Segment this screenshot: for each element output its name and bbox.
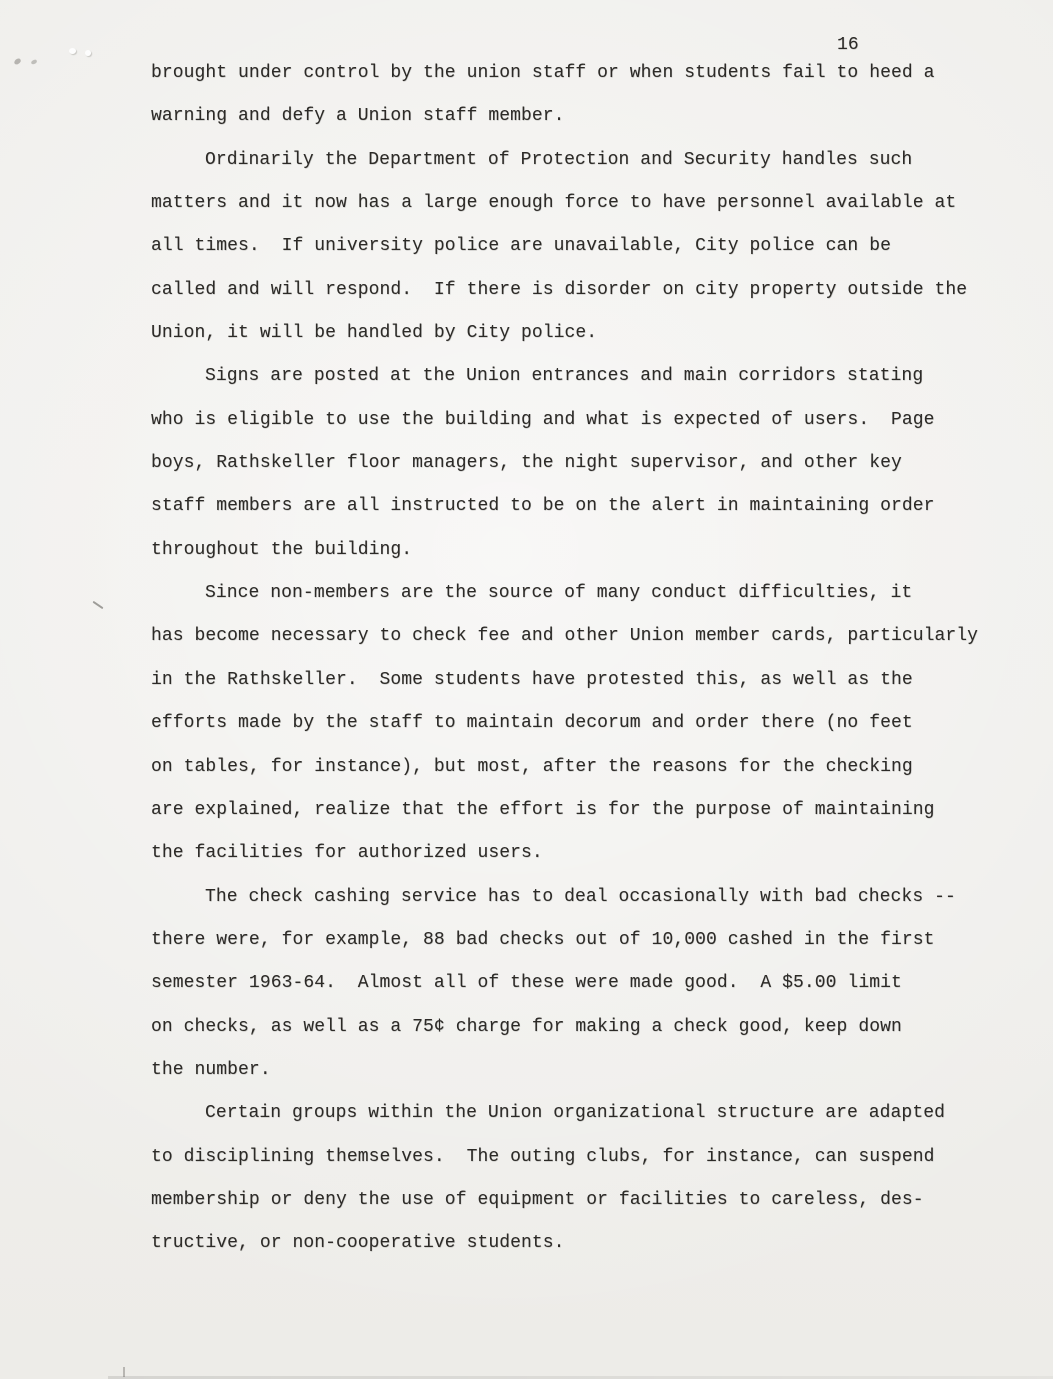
pencil-tick-mark <box>92 601 103 609</box>
text-line: The check cashing service has to deal oc… <box>151 876 1011 919</box>
text-line: Signs are posted at the Union entrances … <box>151 355 1011 398</box>
text-line: boys, Rathskeller floor managers, the ni… <box>151 442 1011 485</box>
text-line: warning and defy a Union staff member. <box>151 95 1011 138</box>
text-line: has become necessary to check fee and ot… <box>151 615 1011 658</box>
scanned-page: 16 brought under control by the union st… <box>0 0 1053 1379</box>
text-line: on checks, as well as a 75¢ charge for m… <box>151 1006 1011 1049</box>
text-line: tructive, or non-cooperative students. <box>151 1222 1011 1265</box>
text-line: to disciplining themselves. The outing c… <box>151 1136 1011 1179</box>
text-line: are explained, realize that the effort i… <box>151 789 1011 832</box>
text-line: membership or deny the use of equipment … <box>151 1179 1011 1222</box>
stray-ink-mark <box>13 58 22 66</box>
text-line: in the Rathskeller. Some students have p… <box>151 659 1011 702</box>
stray-ink-mark <box>30 59 37 65</box>
text-line: Union, it will be handled by City police… <box>151 312 1011 355</box>
text-line: throughout the building. <box>151 529 1011 572</box>
text-line: staff members are all instructed to be o… <box>151 485 1011 528</box>
text-line: semester 1963-64. Almost all of these we… <box>151 962 1011 1005</box>
text-line: matters and it now has a large enough fo… <box>151 182 1011 225</box>
text-line: the facilities for authorized users. <box>151 832 1011 875</box>
text-line: the number. <box>151 1049 1011 1092</box>
text-line: all times. If university police are unav… <box>151 225 1011 268</box>
text-line: called and will respond. If there is dis… <box>151 269 1011 312</box>
text-line: brought under control by the union staff… <box>151 52 1011 95</box>
emboss-speck <box>85 50 91 56</box>
document-body: brought under control by the union staff… <box>151 52 1011 1266</box>
text-line: on tables, for instance), but most, afte… <box>151 746 1011 789</box>
text-line: efforts made by the staff to maintain de… <box>151 702 1011 745</box>
text-line: who is eligible to use the building and … <box>151 399 1011 442</box>
emboss-speck <box>69 48 76 54</box>
text-line: Certain groups within the Union organiza… <box>151 1092 1011 1135</box>
text-line: there were, for example, 88 bad checks o… <box>151 919 1011 962</box>
text-line: Since non-members are the source of many… <box>151 572 1011 615</box>
text-line: Ordinarily the Department of Protection … <box>151 139 1011 182</box>
